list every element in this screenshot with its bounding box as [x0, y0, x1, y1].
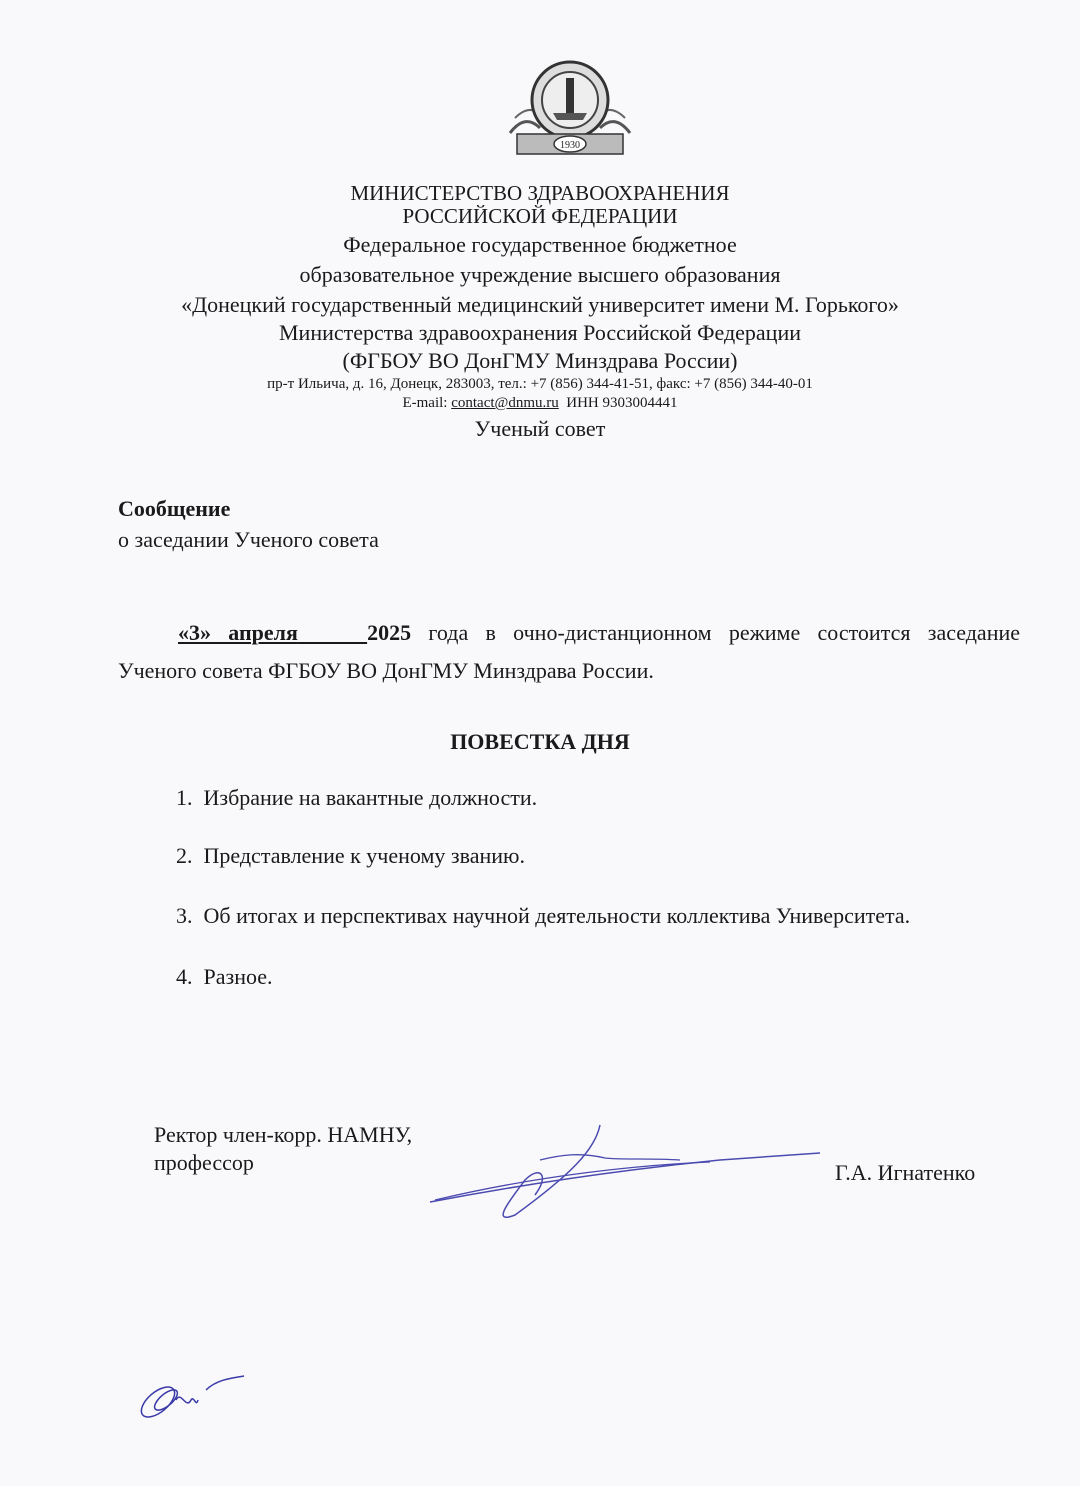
- org-line6: Министерства здравоохранения Российской …: [0, 320, 1080, 346]
- agenda-item: 4. Разное.: [176, 964, 273, 990]
- agenda-item-text: Представление к ученому званию.: [204, 843, 525, 868]
- message-text1: года в очно-дистанционном режиме состоит…: [428, 620, 1020, 645]
- ministry-line1: МИНИСТЕРСТВО ЗДРАВООХРАНЕНИЯ: [0, 181, 1080, 205]
- meeting-date: «3» апреля: [178, 620, 298, 645]
- org-line5: «Донецкий государственный медицинский ун…: [0, 292, 1080, 318]
- agenda-item-number: 2.: [176, 843, 193, 868]
- initials-mark-icon: [136, 1370, 246, 1435]
- signatory-position1: Ректор член-корр. НАМНУ,: [154, 1122, 412, 1148]
- org-line7: (ФГБОУ ВО ДонГМУ Минздрава России): [0, 348, 1080, 374]
- agenda-item-number: 1.: [176, 785, 193, 810]
- svg-text:1930: 1930: [560, 140, 580, 151]
- message-title: Сообщение: [118, 496, 230, 522]
- university-emblem-icon: 1930: [505, 58, 635, 163]
- contact-line: E-mail: contact@dnmu.ru ИНН 9303004441: [0, 394, 1080, 413]
- inn: ИНН 9303004441: [566, 395, 677, 411]
- agenda-title: ПОВЕСТКА ДНЯ: [0, 729, 1080, 755]
- signatory-position2: профессор: [154, 1150, 254, 1176]
- message-text2: Ученого совета ФГБОУ ВО ДонГМУ Минздрава…: [118, 658, 654, 684]
- agenda-item-number: 4.: [176, 964, 193, 989]
- meeting-year: 2025: [367, 620, 411, 645]
- address-line: пр-т Ильича, д. 16, Донецк, 283003, тел.…: [0, 375, 1080, 394]
- agenda-item: 3. Об итогах и перспективах научной деят…: [176, 903, 910, 929]
- agenda-item-text: Об итогах и перспективах научной деятель…: [204, 903, 911, 928]
- agenda-item-text: Избрание на вакантные должности.: [204, 785, 538, 810]
- email-label: E-mail:: [402, 395, 447, 411]
- email-link[interactable]: contact@dnmu.ru: [451, 395, 559, 411]
- org-line3: Федеральное государственное бюджетное: [0, 232, 1080, 258]
- ministry-line2: РОССИЙСКОЙ ФЕДЕРАЦИИ: [0, 204, 1080, 228]
- council-title: Ученый совет: [0, 416, 1080, 442]
- signatory-name: Г.А. Игнатенко: [835, 1160, 975, 1186]
- message-subtitle: о заседании Ученого совета: [118, 527, 379, 553]
- agenda-item-number: 3.: [176, 903, 193, 928]
- signature-icon: [420, 1120, 820, 1235]
- agenda-item: 2. Представление к ученому званию.: [176, 843, 525, 869]
- agenda-item-text: Разное.: [204, 964, 273, 989]
- org-line4: образовательное учреждение высшего образ…: [0, 262, 1080, 288]
- agenda-item: 1. Избрание на вакантные должности.: [176, 785, 537, 811]
- message-line1: «3» апреля 2025 года в очно-дистанционно…: [178, 620, 1020, 646]
